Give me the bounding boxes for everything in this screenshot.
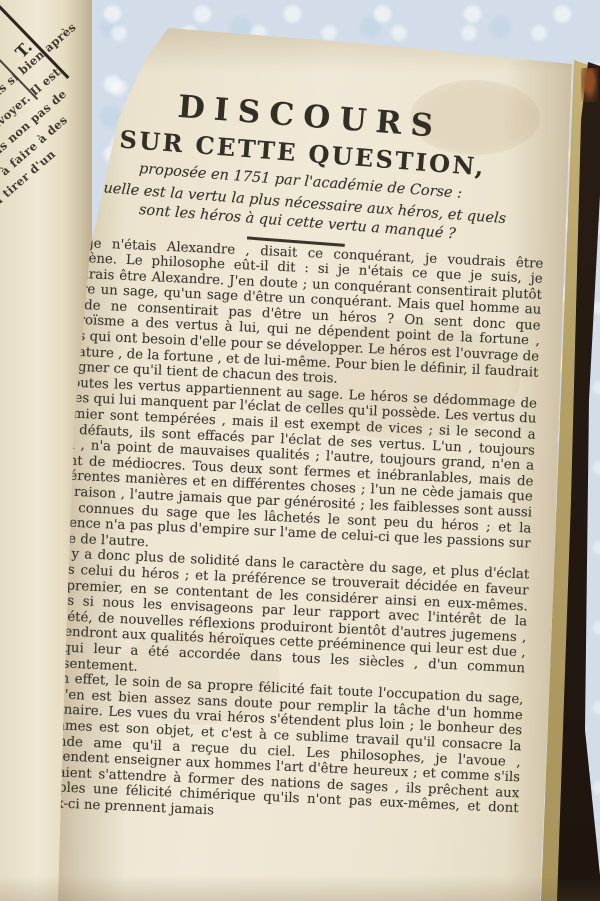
page-body-text: Si je n'étais Alexandre , disait ce conq… xyxy=(32,234,544,832)
paragraph-1: Si je n'étais Alexandre , disait ce conq… xyxy=(52,234,544,396)
page-text-block: DISCOURS SUR CETTE QUESTION, proposée en… xyxy=(32,62,551,833)
bottom-shadow xyxy=(0,875,600,901)
paragraph-3-text: Il y a donc plus de solidité dans le car… xyxy=(38,546,529,676)
paragraph-2: Toutes les vertus appartiennent au sage.… xyxy=(44,375,537,568)
paragraph-1-text: je n'étais Alexandre , disait ce conquér… xyxy=(52,235,544,387)
paragraph-2-text: Toutes les vertus appartiennent au sage.… xyxy=(44,375,537,552)
paragraph-3: Il y a donc plus de solidité dans le car… xyxy=(38,546,529,693)
photo-scene: T. is si bien après nvoyer. Il est ais n… xyxy=(0,0,600,901)
paragraph-4: En effet, le soin de sa propre félicité … xyxy=(32,670,524,832)
leather-corner-stain xyxy=(581,68,598,102)
paragraph-4-text: En effet, le soin de sa propre félicité … xyxy=(32,671,524,818)
